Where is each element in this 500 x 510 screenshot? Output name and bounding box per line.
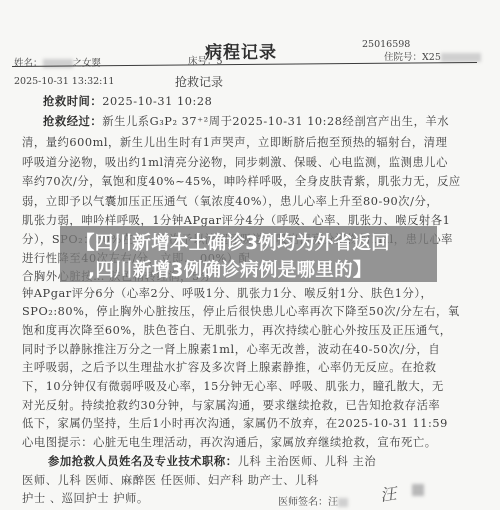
admission-number-field: 住院号：X25 xyxy=(384,49,481,63)
rescue-time-row: 抢救时间：2025-10-31 10:28 xyxy=(43,93,212,109)
admission-label: 住院号： xyxy=(384,52,422,63)
staff-text: 儿科 主治医师、儿科 主治 xyxy=(238,455,377,468)
text-line: 同时予以静脉推注万分之一肾上腺素1ml，心率无改善，波动在40-50次/分，自 xyxy=(22,341,440,357)
text-line: 主呼吸弱，之后予以生理盐水扩容及多次肾上腺素静推，心率仍无反应。在抢救 xyxy=(22,359,437,375)
redacted-admission-number xyxy=(441,53,481,62)
medical-record-page: 病程记录 25016598 姓名：之女婴 床号：5 住院号：X25 2025-1… xyxy=(0,0,500,510)
text-line: 新生儿系G₃P₂ 37⁺²周于2025-10-31 10:28经剖宫产出生，羊水 xyxy=(102,115,449,128)
handwritten-signature: 汪 xyxy=(378,481,397,506)
staff-text: 护士 、巡回护士 护师。 xyxy=(22,490,149,506)
headline-line-2: ,四川新增3例确诊病例是哪里的】 xyxy=(88,256,372,282)
text-line: 清，量约600ml，新生儿出生时有1声哭声，立即断脐后抱至预热的辐射台，清理 xyxy=(22,134,447,150)
text-line: 低下，家属仍坚持，生后1小时再次沟通，家属仍不放弃，在2025-10-31 11… xyxy=(22,415,448,431)
redacted-signature-mark xyxy=(412,484,424,496)
headline-line-1: 【四川新增本土确诊3例均为外省返回 xyxy=(76,229,390,255)
signature-surname: 汪 xyxy=(328,497,338,508)
name-label: 姓名： xyxy=(14,58,43,69)
record-timestamp: 2025-10-31 13:32:11 xyxy=(14,76,114,87)
text-line: 呼吸道分泌物，吸出约1ml清亮分泌物，同步刺激、保暖、心电监测，监测患儿心 xyxy=(22,154,448,170)
text-line: 饱和度再次降至60%，肤色苍白、无肌张力，再次持续心脏心外按压及正压通气， xyxy=(22,322,452,338)
section-title: 抢救记录 xyxy=(175,73,223,90)
text-line: 对光反射。持续抢救约30分钟，与家属沟通，要求继续抢救，已告知抢救存活率 xyxy=(22,397,440,413)
text-line: 率约70次/分，氧饱和度40%~45%，呻吟样呼吸，全身皮肤青紫，肌张力无，反应 xyxy=(22,173,461,189)
text-line: 钟APgar评分6分（心率2分、呼吸1分、肌张力1分、喉反射1分、肤色1分）， xyxy=(22,285,432,301)
staff-text: 医师、儿科 医师、麻醉医 任医师、妇产科 助产士、儿科 xyxy=(22,472,319,488)
text-line: 下，10分钟仅有微弱呼吸及心率，15分钟无心率、呼吸、肌张力，瞳孔散大，无 xyxy=(22,378,444,394)
rescue-process-row: 抢救经过：新生儿系G₃P₂ 37⁺²周于2025-10-31 10:28经剖宫产… xyxy=(43,113,449,129)
rescue-time-label: 抢救时间： xyxy=(43,94,102,108)
text-line: 心电图提示：心脏无电生理活动，再次沟通后，家属放弃继续抢救，宣布死亡。 xyxy=(22,434,437,450)
rescue-time-value: 2025-10-31 10:28 xyxy=(102,95,212,108)
doctor-signature-field: 医师签名：汪 xyxy=(278,493,348,508)
staff-row: 参加抢救人员姓名及专业技术职称：儿科 主治医师、儿科 主治 xyxy=(48,453,376,469)
bed-value: 5 xyxy=(217,56,223,67)
redacted-signature-name xyxy=(338,498,348,507)
rescue-process-label: 抢救经过： xyxy=(43,114,102,128)
signature-label: 医师签名： xyxy=(278,497,328,508)
text-line: SPO₂:80%，停止胸外心脏按压，停止后很快患儿心率再次下降至50次/分左右，… xyxy=(22,303,460,319)
patient-name-field: 姓名：之女婴 xyxy=(14,55,101,69)
text-line: 弱，立即予以气囊加压正压通气（氧浓度40%），患儿心率上升至80-90次/分， xyxy=(22,193,438,209)
staff-label: 参加抢救人员姓名及专业技术职称： xyxy=(48,454,238,468)
name-suffix: 之女婴 xyxy=(73,58,102,69)
